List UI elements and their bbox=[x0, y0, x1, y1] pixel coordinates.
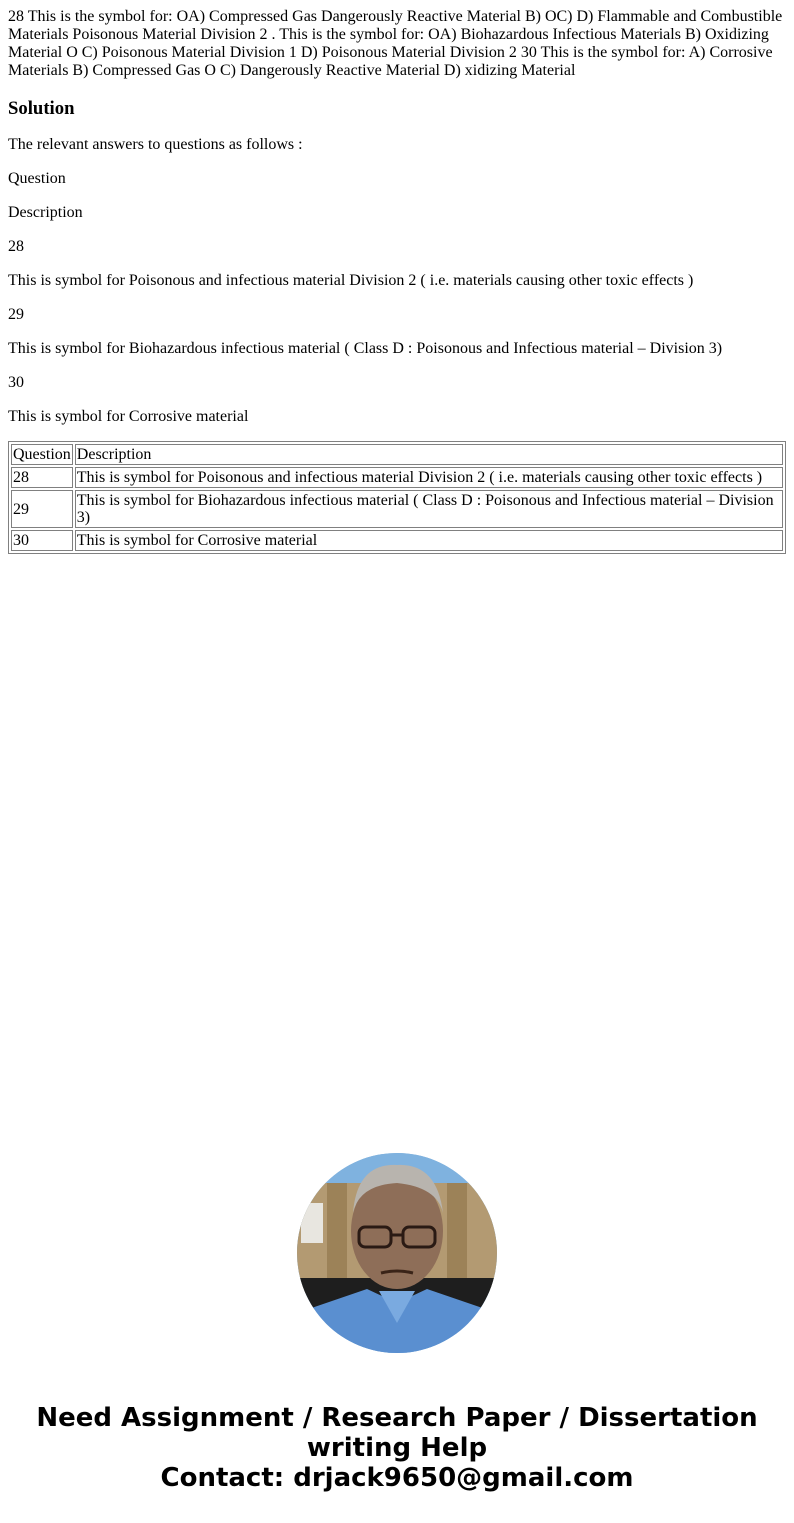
table-row: 28 This is symbol for Poisonous and infe… bbox=[11, 467, 783, 488]
solution-paragraph: This is symbol for Poisonous and infecti… bbox=[8, 272, 786, 290]
promo-line-2: writing Help bbox=[0, 1433, 794, 1463]
table-cell-question: 28 bbox=[11, 467, 73, 488]
table-header-row: Question Description bbox=[11, 444, 783, 465]
table-cell-description: This is symbol for Poisonous and infecti… bbox=[75, 467, 783, 488]
answers-table: Question Description 28 This is symbol f… bbox=[8, 441, 786, 554]
table-row: 29 This is symbol for Biohazardous infec… bbox=[11, 490, 783, 528]
table-header-question: Question bbox=[11, 444, 73, 465]
promo-banner: Need Assignment / Research Paper / Disse… bbox=[0, 1403, 794, 1493]
solution-paragraph: This is symbol for Corrosive material bbox=[8, 408, 786, 426]
solution-paragraph: 30 bbox=[8, 374, 786, 392]
solution-heading: Solution bbox=[8, 98, 786, 120]
promo-contact: Contact: drjack9650@gmail.com bbox=[0, 1463, 794, 1493]
solution-paragraph: Question bbox=[8, 170, 786, 188]
table-header-description: Description bbox=[75, 444, 783, 465]
solution-intro: The relevant answers to questions as fol… bbox=[8, 136, 786, 154]
question-text: 28 This is the symbol for: OA) Compresse… bbox=[8, 8, 786, 80]
table-cell-description: This is symbol for Corrosive material bbox=[75, 530, 783, 551]
table-cell-description: This is symbol for Biohazardous infectio… bbox=[75, 490, 783, 528]
table-cell-question: 30 bbox=[11, 530, 73, 551]
solution-paragraph: 29 bbox=[8, 306, 786, 324]
solution-paragraph: 28 bbox=[8, 238, 786, 256]
table-cell-question: 29 bbox=[11, 490, 73, 528]
author-portrait-icon bbox=[297, 1153, 497, 1353]
promo-line-1: Need Assignment / Research Paper / Disse… bbox=[0, 1403, 794, 1433]
solution-paragraph: Description bbox=[8, 204, 786, 222]
table-row: 30 This is symbol for Corrosive material bbox=[11, 530, 783, 551]
author-avatar bbox=[297, 1153, 497, 1353]
solution-paragraph: This is symbol for Biohazardous infectio… bbox=[8, 340, 786, 358]
page-content: 28 This is the symbol for: OA) Compresse… bbox=[0, 0, 794, 554]
